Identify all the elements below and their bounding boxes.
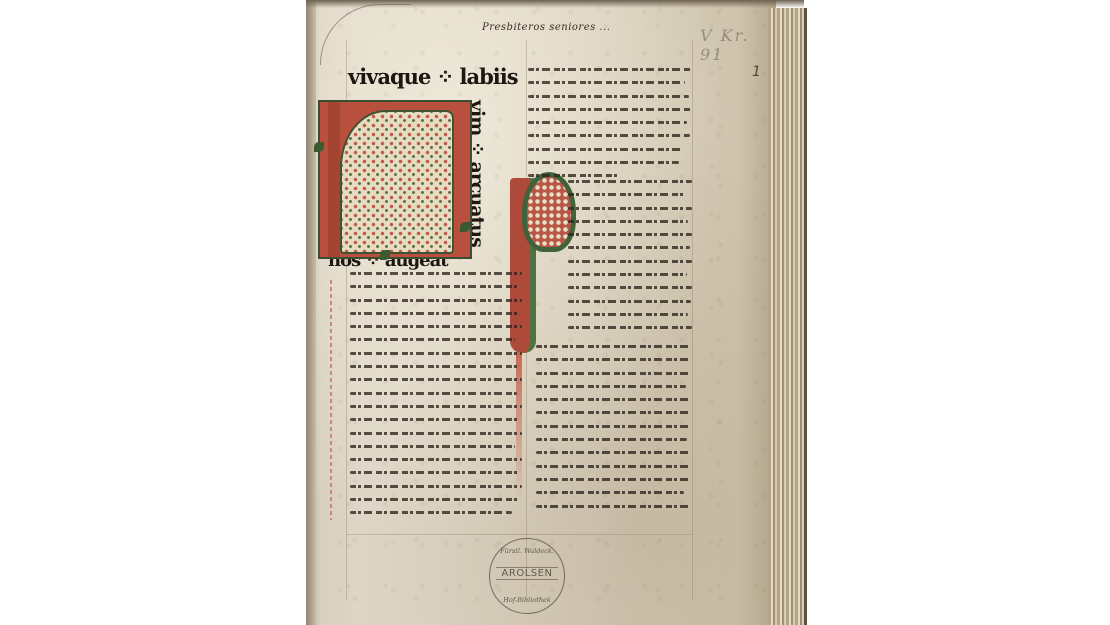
text-line <box>536 411 690 414</box>
text-line <box>528 68 692 71</box>
corner-flourish-decoration <box>320 4 411 65</box>
text-line <box>350 432 522 435</box>
top-shadow <box>306 0 804 8</box>
stamp-center: AROLSEN <box>496 567 558 580</box>
text-line <box>350 325 522 328</box>
text-line <box>568 300 691 303</box>
text-line <box>536 438 687 441</box>
right-column-upper-text <box>528 68 692 188</box>
text-line <box>568 286 692 289</box>
text-line <box>536 451 692 454</box>
marginal-pen-flourish <box>330 280 332 520</box>
text-line <box>350 352 522 355</box>
stamp-ring-top: Fürstl. Waldeck. <box>490 547 564 555</box>
leaf-ornament <box>380 250 390 260</box>
text-line <box>568 207 692 210</box>
text-line <box>528 108 692 111</box>
text-line <box>350 392 517 395</box>
text-line <box>528 174 618 177</box>
text-line <box>350 378 522 381</box>
text-line <box>528 134 690 137</box>
decorated-initial-h <box>318 100 472 259</box>
leaf-ornament <box>314 142 324 152</box>
text-line <box>350 405 522 408</box>
initial-h-stem <box>328 102 340 257</box>
text-line <box>350 511 512 514</box>
text-line <box>528 81 685 84</box>
text-line <box>536 345 692 348</box>
text-line <box>528 95 689 98</box>
ruling-right <box>692 40 693 600</box>
text-line <box>350 458 522 461</box>
folio-number: 1 <box>752 64 761 80</box>
text-line <box>536 358 689 361</box>
text-line <box>528 148 684 151</box>
text-line <box>536 385 686 388</box>
text-line <box>350 338 515 341</box>
text-line <box>568 193 686 196</box>
text-line <box>536 398 692 401</box>
right-column-lower-text <box>536 345 692 518</box>
text-line <box>568 180 692 183</box>
text-line <box>536 478 692 481</box>
text-line <box>350 285 517 288</box>
manuscript-folio: Presbiteros seniores ... V Kr. 91 1 viva… <box>306 0 776 625</box>
right-column-text <box>568 180 692 340</box>
text-line <box>536 465 689 468</box>
left-column-text <box>350 272 522 525</box>
text-line <box>350 498 519 501</box>
spine-gutter <box>306 0 316 625</box>
text-line <box>350 299 522 302</box>
text-line <box>528 121 687 124</box>
text-line <box>350 312 519 315</box>
text-line <box>528 161 679 164</box>
text-line <box>536 491 684 494</box>
manuscript-page-wrap: Presbiteros seniores ... V Kr. 91 1 viva… <box>306 0 804 625</box>
text-line <box>568 220 688 223</box>
text-line <box>536 505 692 508</box>
text-line <box>350 272 522 275</box>
text-line <box>350 418 519 421</box>
text-line <box>536 425 692 428</box>
text-line <box>536 372 692 375</box>
page-edges <box>768 8 807 625</box>
library-stamp: Fürstl. Waldeck. AROLSEN Hof-Bibliothek <box>489 538 565 614</box>
display-script-line-1: vivaque ⁘ labiis <box>348 64 518 89</box>
stamp-ring-bottom: Hof-Bibliothek <box>490 596 564 604</box>
text-line <box>350 471 520 474</box>
leaf-ornament <box>460 222 470 232</box>
initial-h-diaper-pattern <box>340 110 454 254</box>
shelfmark: V Kr. 91 <box>700 26 776 64</box>
text-line <box>350 485 522 488</box>
text-line <box>350 365 520 368</box>
text-line <box>568 313 688 316</box>
running-title: Presbiteros seniores ... <box>482 22 610 33</box>
ruling-bottom <box>346 534 692 535</box>
text-line <box>568 260 692 263</box>
text-line <box>568 273 687 276</box>
text-line <box>568 233 692 236</box>
text-line <box>350 445 515 448</box>
text-line <box>568 246 690 249</box>
text-line <box>568 326 692 329</box>
